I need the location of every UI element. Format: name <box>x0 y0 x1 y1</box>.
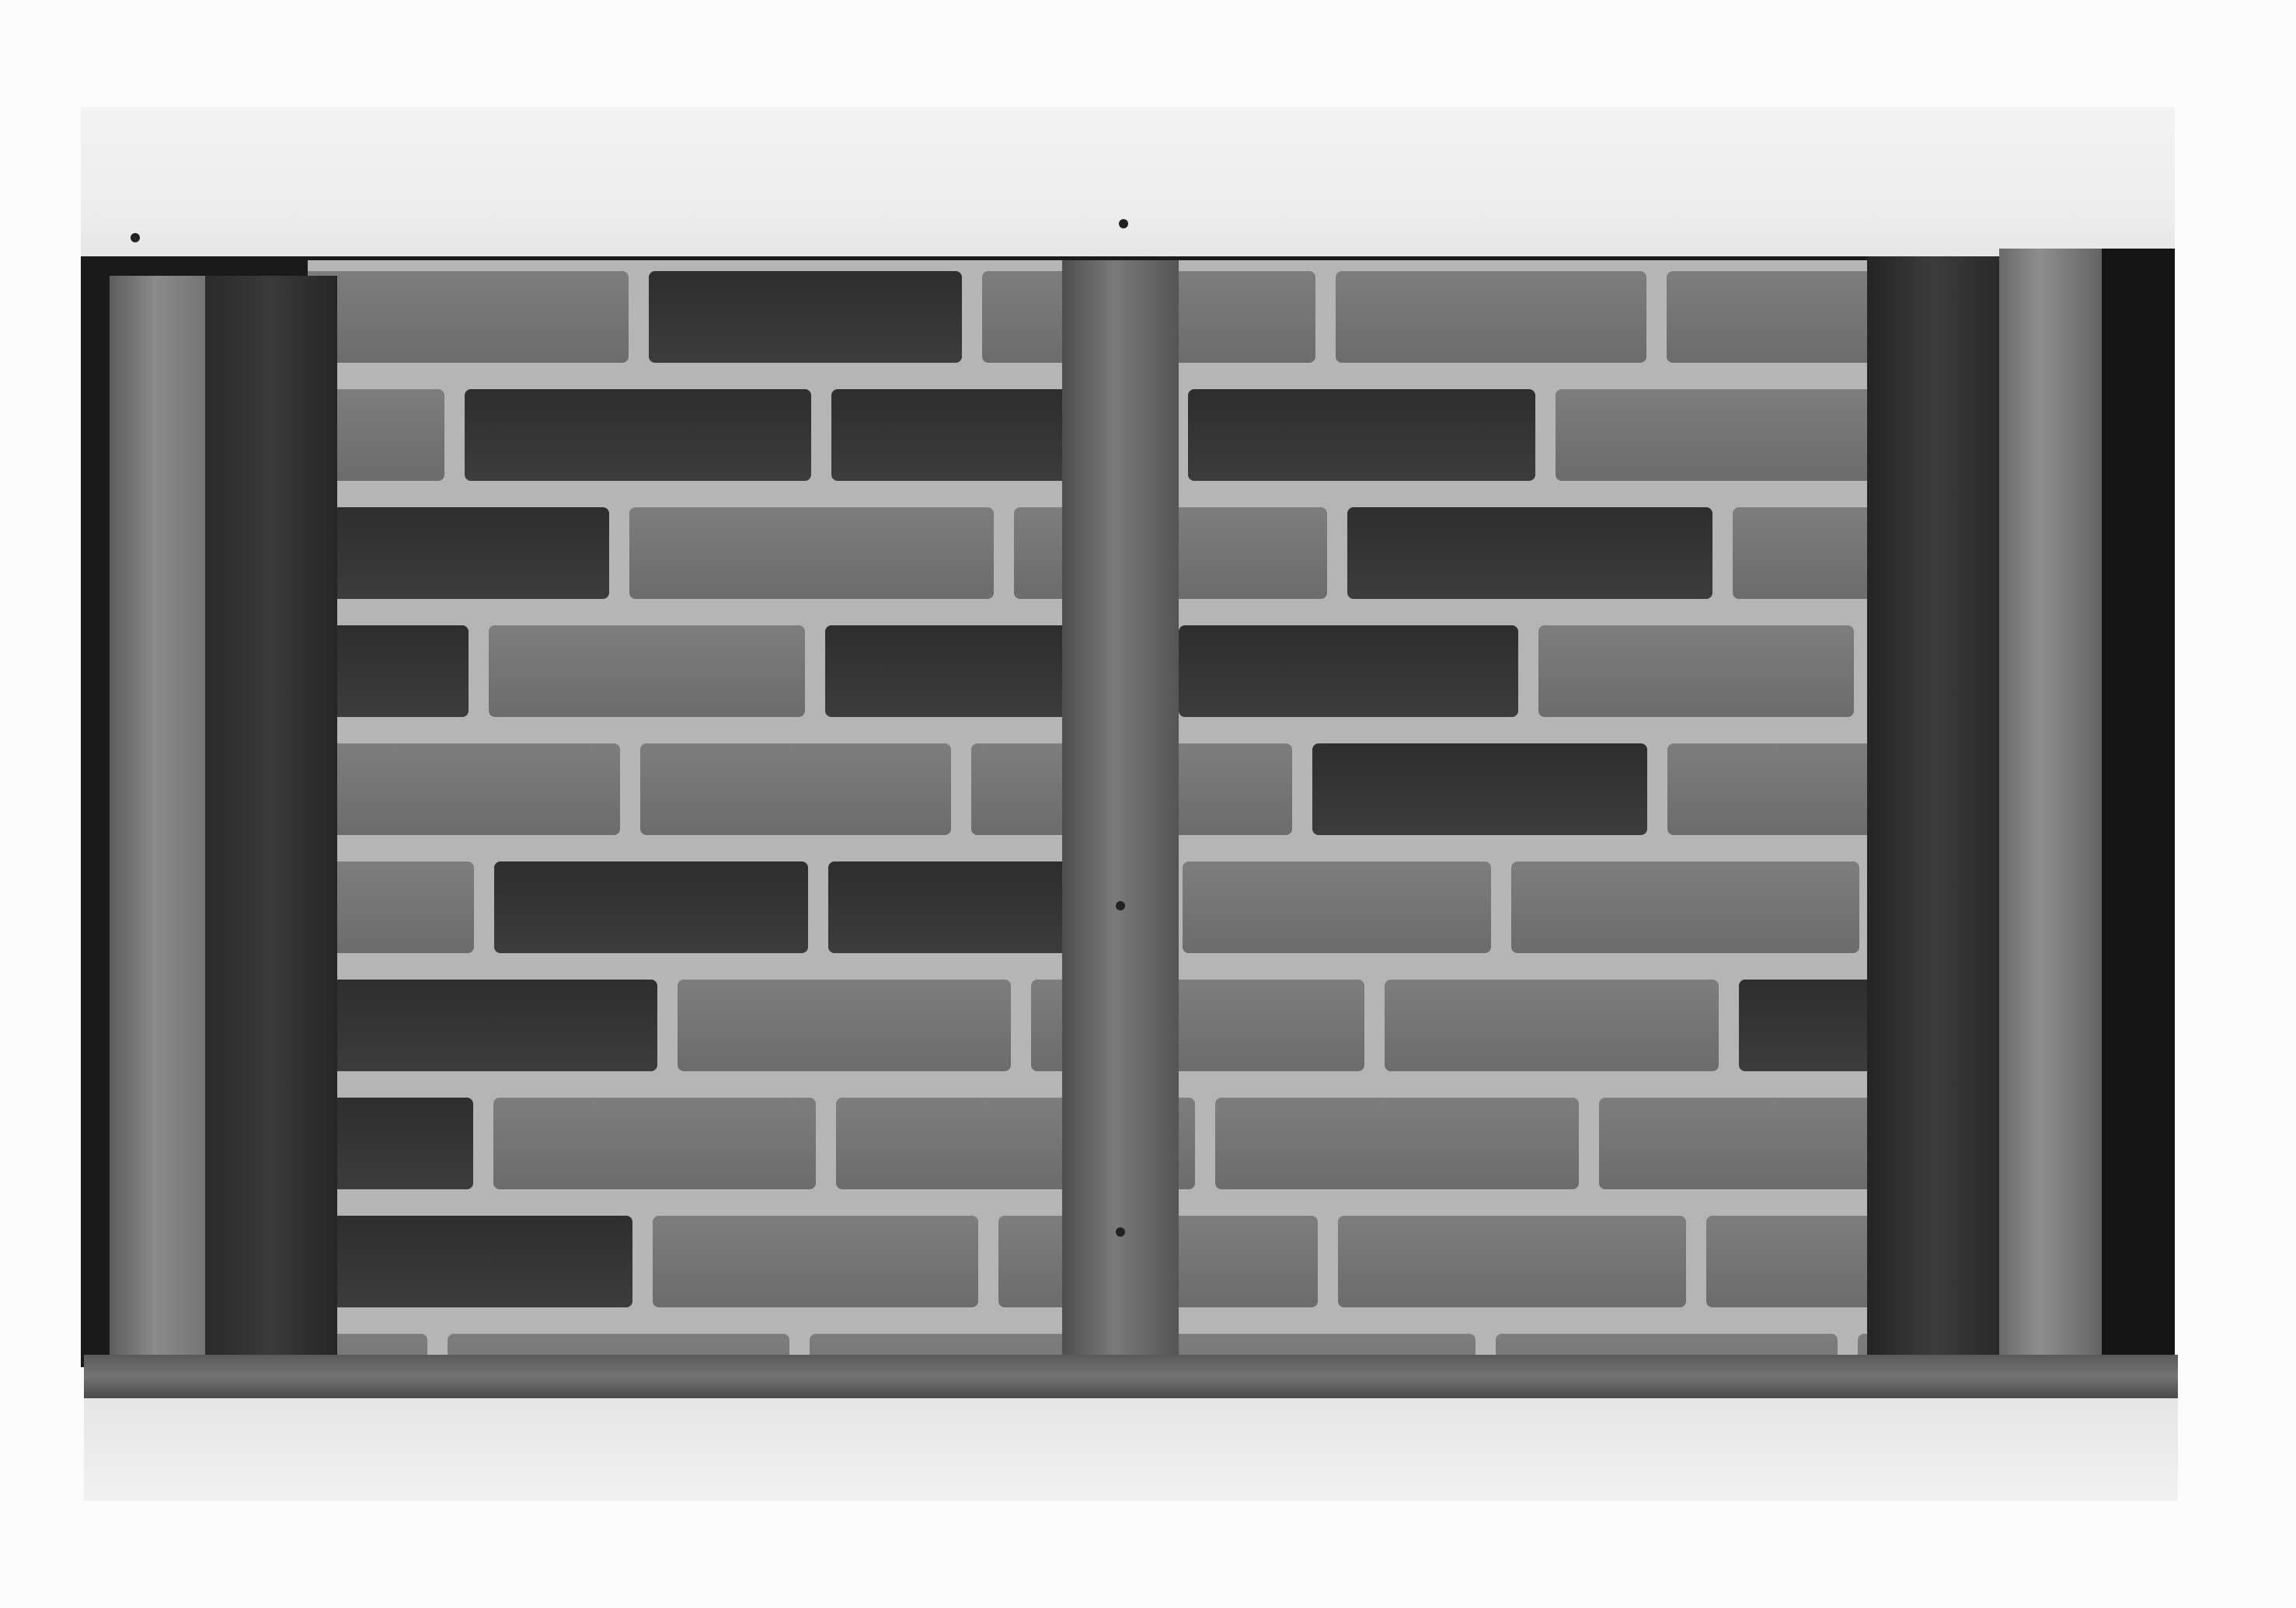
brick <box>1183 861 1491 953</box>
brick <box>678 980 1011 1071</box>
upper-white-board <box>81 107 2175 271</box>
brick <box>1338 1216 1686 1307</box>
right-outer-post <box>1999 249 2102 1356</box>
nail-mark <box>1116 901 1125 910</box>
brick <box>653 1216 978 1307</box>
brick <box>1667 743 1867 835</box>
brick <box>640 743 951 835</box>
brick <box>1336 271 1646 363</box>
brick <box>649 271 962 363</box>
brick <box>308 1216 632 1307</box>
brick <box>1188 389 1535 481</box>
brick <box>494 861 808 953</box>
brick <box>1496 1334 1838 1356</box>
brick <box>1312 743 1647 835</box>
brick <box>448 1334 789 1356</box>
brick <box>1706 1216 1867 1307</box>
brick <box>308 507 609 599</box>
brick <box>308 743 620 835</box>
brick <box>493 1098 816 1189</box>
brick <box>465 389 811 481</box>
right-dark-post <box>1867 256 1999 1356</box>
bottom-rail <box>84 1355 2178 1398</box>
brick <box>308 271 629 363</box>
brick <box>308 980 657 1071</box>
brick <box>629 507 994 599</box>
brick <box>1179 625 1518 717</box>
left-dark-post <box>205 276 337 1356</box>
brick <box>1538 625 1854 717</box>
brick <box>1347 507 1712 599</box>
center-post <box>1062 260 1179 1356</box>
brick <box>1141 1334 1476 1356</box>
nail-mark <box>1116 1227 1125 1237</box>
brick <box>1739 980 1867 1071</box>
brick <box>1733 507 1867 599</box>
brick <box>1667 271 1867 363</box>
brick <box>489 625 805 717</box>
brick <box>1858 1334 1867 1356</box>
brick <box>1556 389 1867 481</box>
brick <box>1599 1098 1867 1189</box>
brick <box>1385 980 1719 1071</box>
lower-white-board <box>84 1398 2178 1501</box>
right-gap <box>2102 249 2175 1356</box>
nail-mark <box>131 233 140 242</box>
brick <box>1215 1098 1579 1189</box>
nail-mark <box>1119 219 1128 228</box>
brick <box>1511 861 1859 953</box>
